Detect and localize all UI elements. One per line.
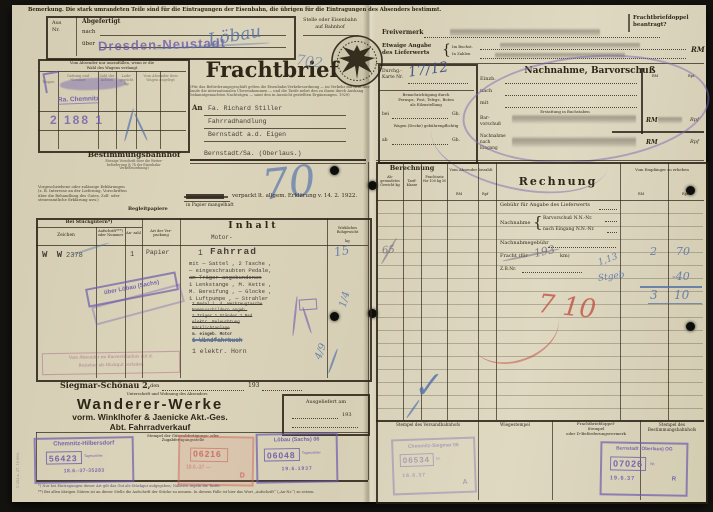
goods-line: am Träger angebundenen [189, 274, 325, 281]
stamp-number: 06048 [267, 450, 296, 460]
wagon-col-line [136, 71, 137, 149]
small-purple-stamp-box [299, 298, 318, 310]
stamp-counter-word: Tageszähler [84, 454, 103, 458]
stamp-nr-label: Nr. [436, 456, 441, 461]
sum-rpf-handwriting: 10 [674, 288, 689, 302]
dispatch-nr-label: Nr. [52, 28, 60, 34]
stamp-number-box: 06534 [400, 453, 434, 467]
fee-rm-handwriting: 2 [650, 245, 657, 258]
stamp-nr-label: Nr. [650, 461, 655, 466]
gewicht-col-label: Ab- gerundetes Gewicht kg [378, 176, 402, 188]
dispatch-divider [76, 16, 77, 56]
form-print-note: V 253 a. 37. 10 000. [16, 452, 20, 488]
berechnung-col-line [478, 162, 479, 420]
stueckgueter-header: Bei Stückgütern*) [36, 220, 142, 225]
wagon-col-line [160, 71, 161, 149]
delivery-box: Ausgeliefert am 193 [282, 394, 370, 436]
doppel-divider [628, 14, 630, 32]
rpf-col-label: Rpf [682, 192, 688, 196]
top-remark: Bemerkung. Die stark umrandeten Teile si… [28, 8, 408, 14]
rechnung-row-barvorschuss: Barvorschuß N.N.-Nr. [543, 216, 592, 221]
loebau-stamp: Löbau (Sachs) 06 06048 Tageszähler 19.6.… [256, 432, 339, 483]
addressee-line [204, 141, 346, 142]
footnote-2: **) Bei allen übrigen Gütern ist an dies… [38, 490, 370, 494]
goods-item-name: Fahrrad [210, 247, 257, 258]
rpf-label: Rpf [690, 140, 699, 146]
title-subtext-3: bekanntgemachten Nachträgen — samt den i… [190, 93, 350, 97]
rechnung-row-nach-eingang: nach Eingang N.N.-Nr. [543, 227, 595, 232]
versandbahnhof-stamp-label: Stempel des Versandbahnhofs [378, 423, 478, 428]
red-transit-stamp: 06216 18.6.-37 — D [178, 435, 255, 486]
brace: { [533, 214, 543, 231]
form-title: Frachtbrief [192, 58, 352, 82]
return-stamp-line-1: Vom Absender im Einverständnis mit d. [43, 354, 179, 361]
red-stamp-date: 18.6.-37 — [186, 465, 211, 471]
stamp-date: 18.6.37 [402, 472, 426, 479]
chemnitz-hilbersdorf-stamp: Chemnitz-Hilbersdorf 56423 Tageszähler 1… [34, 436, 135, 484]
berechnung-col-line [403, 162, 404, 420]
goods-verpackung-value: Papier [146, 249, 169, 256]
lieferwert-line [480, 49, 686, 50]
delivery-line [292, 427, 358, 428]
dispatch-right-note-2: auf Bahnhof [298, 25, 362, 31]
leader-dots [607, 232, 617, 233]
an-label: An [192, 104, 203, 112]
return-goods-stamp: Vom Absender im Einverständnis mit d. Be… [42, 351, 180, 375]
frachtbriefdoppel-label-1: Frachtbriefdoppel [633, 15, 689, 21]
goods-line: M. Bereifung , — Glocke , [189, 288, 325, 295]
leader-dots [599, 209, 617, 210]
karte-label-1: Durchg.- [382, 69, 402, 74]
bestimmungsbahnhof-stamp-label: Stempel des Bestimmungsbahnhofs [642, 423, 702, 433]
rechnung-row-zbnr: Z.B.Nr. [500, 267, 516, 272]
stamp-number: 06534 [403, 455, 431, 465]
declarations-note-4: steueramtliche Erklärung usw.) [38, 198, 180, 202]
delivery-year: 193 [342, 413, 352, 419]
addressee-town: Bernstadt a.d. Eigen [208, 131, 286, 138]
bestimmung-station-stamp: Bernstadt (Oberlaus) OG 07026 Nr. 19.6.3… [600, 441, 689, 497]
origin-year: 193 [248, 383, 259, 390]
stamp-number-box: 56423 [46, 451, 82, 465]
dispatch-right-note: Stelle oder Eisenbahn [298, 18, 362, 24]
wagon-box-rule [38, 71, 186, 72]
stamp-number: 56423 [49, 453, 78, 463]
dispatch-nach-label: nach [82, 29, 95, 35]
empfaenger-erheben-label: Vom Empfänger zu erheben [622, 168, 702, 172]
berechnung-col-line [496, 162, 497, 420]
goods-line-struck-blue: 1 Windfahrbuch [192, 338, 242, 345]
origin-den-label: den [150, 384, 159, 390]
delivery-line [292, 418, 338, 419]
freivermerk-label: Freivermerk [382, 30, 423, 37]
ab-label: ab [382, 138, 388, 143]
wiegestempel-label: Wiegestempel [478, 423, 552, 428]
packed-declaration: verpackt lt. allgem. Erklärung v. 14. 2.… [232, 193, 357, 199]
big-blue-handwriting: 70 [260, 155, 318, 209]
addressee-line [204, 128, 346, 129]
sum-underline [648, 303, 702, 304]
ra-chemnitz-stamp: Ra. Chemnitz [58, 95, 99, 104]
inhalt-typed-prefix: Motor- [211, 235, 233, 242]
lieferwert-in-words-label: Im Buchst. [452, 45, 473, 49]
goods-line: mit — Sattel , 2 Tasche , [189, 260, 325, 267]
paper-defect-note: in Papier mangelhaft [186, 203, 234, 208]
karte-rule [378, 90, 474, 91]
berechnung-col-line [447, 162, 448, 420]
red-stamp-letter: D [240, 472, 245, 480]
stamp-station-name: Chemnitz-Siegmar 06 [393, 442, 473, 451]
rm-col-label: RM [638, 192, 644, 196]
versand-station-stamp: Chemnitz-Siegmar 06 06534 Nr. 18.6.37 A [391, 437, 477, 496]
zeichen-header: Zeichen [38, 233, 94, 238]
goods-line: — eingeschraubten Pedale, [189, 267, 325, 274]
wagon-number-stamp: 2 188 1 [50, 113, 104, 127]
goods-header-rule [36, 245, 368, 246]
rechnung-title: Rechnung [496, 176, 620, 189]
rechnung-row-fracht-km: km) [560, 254, 570, 260]
faded-writing-smudge [450, 28, 600, 37]
bestimmungsbahnhof-value: Bernstadt/Sa. (Oberlaus.) [204, 150, 302, 157]
addressee-name: Fa. Richard Stiller [208, 105, 282, 112]
year-line [262, 390, 302, 391]
frachtbriefdoppel-label-2: beantragt? [633, 22, 667, 28]
karte-label-2: Karte Nr. [382, 75, 403, 80]
doppel-stempel-label-3: oder D-Beförderungsvermerk [552, 432, 640, 437]
goods-line-horn: 1 elektr. Horn [192, 348, 247, 355]
inhalt-header: Inhalt [180, 221, 327, 232]
addressee-line [204, 115, 346, 116]
stamp-letter: A [462, 479, 467, 486]
gewicht-header: Wirkliches Rohgewicht [329, 226, 366, 234]
delivery-label: Ausgeliefert am [284, 400, 368, 406]
brace: { [442, 42, 451, 58]
lieferwert-label-2: des Lieferwerts [382, 50, 429, 56]
berechnung-title: Berechnung [377, 165, 447, 172]
leader-dots [522, 272, 582, 273]
stamp-station-name: Bernstadt (Oberlaus) OG [602, 446, 686, 452]
footnote-1: *) Nur bei Eintragungen dieser Art gilt … [38, 484, 370, 488]
wagon-col5-label: Vom Absender dem Wagen angelegt [138, 74, 183, 82]
stamp-number-box: 06048 [264, 448, 300, 462]
weight-handwriting: 15 [333, 243, 350, 259]
nummer-header: Aufschrift***) oder Nummer [97, 229, 124, 237]
addressee-business: Fahrradhandlung [208, 118, 267, 125]
bestimmung-note-3: Verkehrsordnung) [78, 167, 190, 171]
stamp-letter: R [672, 476, 676, 482]
verpackung-header: Art der Ver- packung [144, 229, 178, 237]
footer-col-line [478, 420, 479, 500]
begleitpapiere-label: Begleitpapiere [128, 207, 168, 213]
benachrichtigung-label-3: als Eilzustellung [380, 103, 472, 107]
return-stamp-line-2: Bezieher als Rückgut verladen [43, 362, 179, 369]
dispatch-ueber-label: über [82, 41, 95, 47]
sender-name: Wanderer-Werke [50, 396, 250, 413]
leader-dots [605, 221, 617, 222]
goods-item-qty: 1 [198, 249, 203, 258]
karte-line [408, 83, 468, 84]
underline [184, 201, 230, 202]
goods-anzahl-value: 1 [130, 251, 134, 259]
goods-col-line [327, 218, 328, 378]
faded-writing-smudge [500, 42, 640, 49]
origin-place: Siegmar-Schönau 2, [60, 381, 150, 390]
fee-rpf-handwriting: 70 [676, 245, 690, 258]
tarifklasse-col-label: Tarif- klasse [404, 180, 420, 188]
red-stamp-number-box: 06216 [190, 448, 228, 463]
berechnung-col-line [620, 162, 621, 420]
purple-bracket-stamp [42, 71, 61, 93]
rechnung-row-nachnahme-label: Nachnahme [500, 221, 531, 227]
dispatch-abgefertigt-label: Abgefertigt [82, 19, 120, 26]
freivermerk-line [424, 37, 660, 38]
goods-group-rule [36, 227, 142, 228]
absender-bezahlt-label: Vom Absender bezahlt [448, 168, 494, 172]
stamp-number-box: 07026 [610, 456, 646, 471]
edge-line [368, 162, 369, 480]
section-rule [376, 160, 704, 161]
wagon-box-title-2: Wahl des Wagens verlangt [40, 66, 184, 70]
strike-line [184, 196, 228, 198]
red-stamp-number: 06216 [193, 450, 222, 460]
rpf-col-label: Rpf [482, 192, 488, 196]
lieferwert-in-figures-label: In Zahlen [452, 52, 470, 56]
stamp-station-name: Chemnitz-Hilbersdorf [36, 440, 132, 448]
anzahl-header: An- zahl [126, 231, 141, 235]
bei-label: bei [382, 112, 389, 117]
sum-rm-handwriting: 3 [650, 288, 658, 302]
wagon-box-rule [38, 111, 186, 112]
frachtbrief-scan: { "meta": { "remark": "Bemerkung. Die st… [0, 0, 713, 512]
lieferwert-label-1: Etwaige Angabe [382, 43, 431, 49]
rm-label: RM [691, 46, 705, 54]
frachtsatz-col-label: Frachtsatz für 100 kg M [423, 176, 446, 184]
stamp-date: 19.6.37 [610, 475, 635, 481]
stamp-station-name: Löbau (Sachs) 06 [258, 436, 336, 443]
goods-zeichen-value: W W [42, 250, 64, 260]
berechnung-col-line [668, 162, 669, 420]
rechnung-row-lieferwert: Gebühr für Angabe des Lieferwerts [500, 203, 590, 209]
goods-line: 1 Lenkstange , M. Kette , [189, 281, 325, 288]
dispatch-aus-label: Aus [52, 21, 61, 27]
punch-hole [330, 166, 339, 175]
stamp-date: 18.6.-37-35283 [36, 467, 132, 475]
wagon-box-rule [38, 130, 186, 131]
stamp-date: 19.6.1937 [258, 465, 336, 472]
blue-check-mark: ✓ [409, 364, 443, 408]
stamp-counter-word: Tageszähler [302, 451, 321, 455]
stamp-number: 07026 [613, 458, 643, 469]
rm-col-label: RM [456, 192, 462, 196]
fee2-handwriting: -40 [672, 270, 690, 283]
